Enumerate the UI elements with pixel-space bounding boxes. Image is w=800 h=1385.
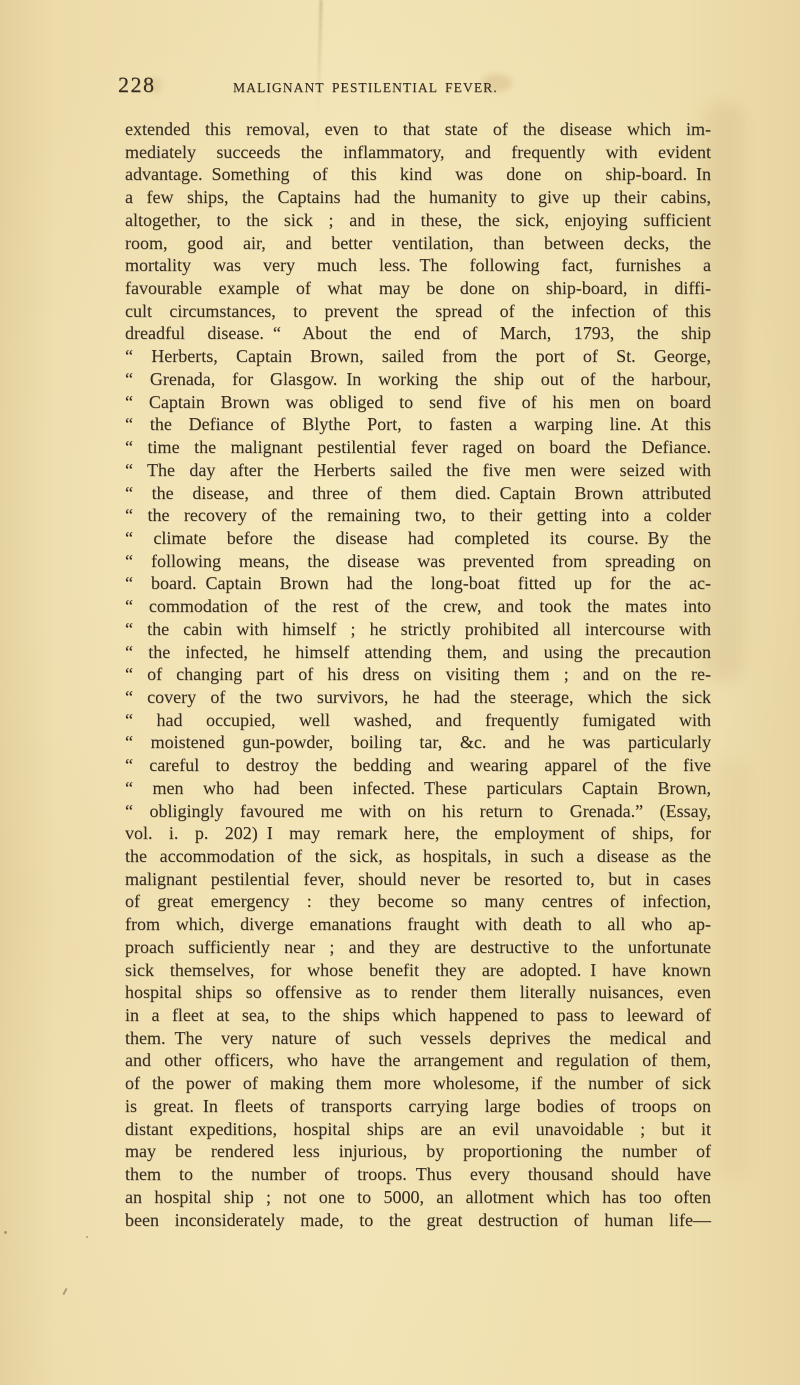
text-line: them to the number of troops. Thus every… [125,1163,711,1186]
text-line: “ had occupied, well washed, and frequen… [125,709,711,732]
text-line: distant expeditions, hospital ships are … [125,1118,711,1141]
text-line: “ the infected, he himself attending the… [125,641,711,664]
paper-speck [4,1231,7,1234]
page-crease [316,0,322,120]
text-line: and other officers, who have the arrange… [125,1049,711,1072]
text-line: “ Herberts, Captain Brown, sailed from t… [125,345,711,368]
text-line: proach sufficiently near ; and they are … [125,936,711,959]
text-line: hospital ships so offensive as to render… [125,981,711,1004]
text-line: been inconsiderately made, to the great … [125,1209,711,1232]
text-line: may be rendered less injurious, by propo… [125,1140,711,1163]
text-line: extended this removal, even to that stat… [125,118,711,141]
text-line: “ Captain Brown was obliged to send five… [125,391,711,414]
text-line: “ time the malignant pestilential fever … [125,436,711,459]
text-line: sick themselves, for whose benefit they … [125,959,711,982]
text-line: “ men who had been infected. These parti… [125,777,711,800]
text-line: “ the Defiance of Blythe Port, to fasten… [125,413,711,436]
text-line: cult circumstances, to prevent the sprea… [125,300,711,323]
text-line: “ commodation of the rest of the crew, a… [125,595,711,618]
text-line: “ The day after the Herberts sailed the … [125,459,711,482]
text-line: “ Grenada, for Glasgow. In working the s… [125,368,711,391]
book-page: 228 MALIGNANT PESTILENTIAL FEVER. extend… [0,0,800,1385]
text-line: altogether, to the sick ; and in these, … [125,209,711,232]
text-line: advantage. Something of this kind was do… [125,163,711,186]
text-line: “ the recovery of the remaining two, to … [125,504,711,527]
text-line: “ covery of the two survivors, he had th… [125,686,711,709]
text-line: from which, diverge emanations fraught w… [125,913,711,936]
text-line: them. The very nature of such vessels de… [125,1027,711,1050]
text-line: mortality was very much less. The follow… [125,254,711,277]
text-line: “ climate before the disease had complet… [125,527,711,550]
text-line: “ the cabin with himself ; he strictly p… [125,618,711,641]
text-line: the accommodation of the sick, as hospit… [125,845,711,868]
text-line: of the power of making them more wholeso… [125,1072,711,1095]
text-line: “ careful to destroy the bedding and wea… [125,754,711,777]
text-line: “ board. Captain Brown had the long-boat… [125,572,711,595]
text-line: mediately succeeds the inflammatory, and… [125,141,711,164]
text-line: “ of changing part of his dress on visit… [125,663,711,686]
text-line: vol. i. p. 202) I may remark here, the e… [125,822,711,845]
paper-stain [716,760,750,1180]
text-line: of great emergency : they become so many… [125,890,711,913]
text-line: “ following means, the disease was preve… [125,550,711,573]
paper-speck [86,1236,88,1238]
text-line: “ moistened gun-powder, boiling tar, &c.… [125,731,711,754]
text-line: dreadful disease. “ About the end of Mar… [125,322,711,345]
text-line: favourable example of what may be done o… [125,277,711,300]
text-line: is great. In fleets of transports carryi… [125,1095,711,1118]
text-line: malignant pestilential fever, should nev… [125,868,711,891]
text-line: room, good air, and better ventilation, … [125,232,711,255]
text-line: in a fleet at sea, to the ships which ha… [125,1004,711,1027]
text-line: an hospital ship ; not one to 5000, an a… [125,1186,711,1209]
body-text: extended this removal, even to that stat… [125,118,711,1231]
text-line: “ obligingly favoured me with on his ret… [125,800,711,823]
running-title: MALIGNANT PESTILENTIAL FEVER. [233,80,498,96]
text-line: “ the disease, and three of them died. C… [125,482,711,505]
paper-speck [62,1288,67,1295]
page-number: 228 [118,72,156,98]
text-line: a few ships, the Captains had the humani… [125,186,711,209]
